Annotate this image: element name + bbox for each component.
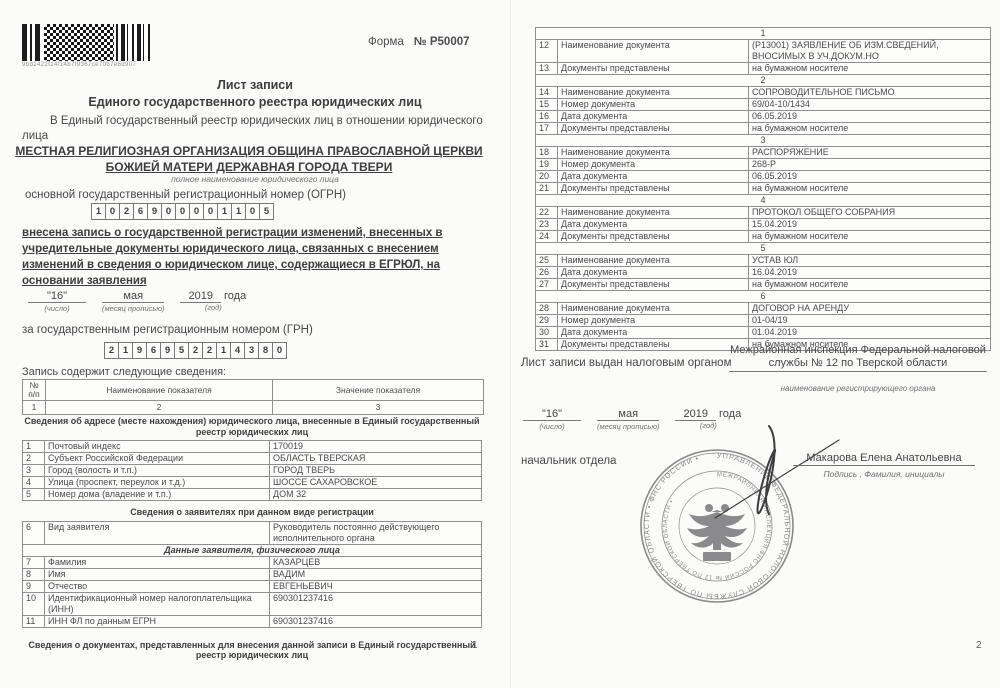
cell-value: 06.05.2019 (749, 111, 990, 122)
date-year-label: (год) (180, 302, 246, 312)
col-number-1: 1 (23, 401, 46, 414)
cell-label: Дата документа (558, 171, 749, 182)
cell-label: Номер дома (владение и т.п.) (45, 489, 270, 500)
cell-label: Субъект Российской Федерации (45, 453, 270, 464)
table-row: 20Дата документа06.05.2019 (536, 170, 990, 182)
table-row: 22Наименование документаПРОТОКОЛ ОБЩЕГО … (536, 206, 990, 218)
cell-value: СОПРОВОДИТЕЛЬНОЕ ПИСЬМО (749, 87, 990, 98)
signature-caption: Подпись , Фамилия, инициалы (793, 469, 975, 479)
date-day: "16" (число) (28, 290, 86, 313)
ogrn-digit-boxes: 1026900001105 (92, 203, 274, 220)
date-year: 2019 года (год) (180, 290, 246, 313)
digit-box: 0 (272, 342, 287, 359)
table-row: 12Наименование документа(Р13001) ЗАЯВЛЕН… (536, 39, 990, 62)
cell-num: 21 (536, 183, 558, 194)
cell-value: 690301237416 (270, 616, 481, 627)
record-contains-label: Запись содержит следующие сведения: (22, 366, 226, 378)
header-row: № п/п Наименование показателя Значение п… (23, 380, 483, 400)
barcode-caption: 9bd1422f14f14b7f9367ce70b7e6d907 (22, 62, 136, 68)
digit-box: 2 (104, 342, 119, 359)
cell-num: 16 (536, 111, 558, 122)
date-month-label: (месяц прописью) (597, 421, 659, 431)
cell-label: Отчество (45, 581, 270, 592)
cell-value: на бумажном носителе (749, 231, 990, 242)
digit-box: 4 (230, 342, 245, 359)
cell-label: Улица (проспект, переулок и т.д.) (45, 477, 270, 488)
cell-label: Дата документа (558, 111, 749, 122)
organization-name: МЕСТНАЯ РЕЛИГИОЗНАЯ ОРГАНИЗАЦИЯ ОБЩИНА П… (10, 143, 488, 175)
digit-box: 9 (160, 342, 175, 359)
statement-line: учредительные документы юридического лиц… (22, 243, 439, 255)
signature-icon (707, 418, 847, 548)
table-row: 30Дата документа01.04.2019 (536, 326, 990, 338)
cell-value: КАЗАРЦЕВ (270, 557, 481, 568)
cell-label: Наименование документа (558, 207, 749, 218)
table-row: 5Номер дома (владение и т.п.)ДОМ 32 (23, 488, 481, 500)
cell-label: Документы представлены (558, 63, 749, 74)
cell-num: 18 (536, 147, 558, 158)
table-row: 24Документы представленына бумажном носи… (536, 230, 990, 242)
intro-paragraph: В Единый государственный реестр юридичес… (22, 114, 487, 144)
date-year-value: 2019 (180, 290, 220, 303)
cell-value: Руководитель постоянно действующего испо… (270, 522, 481, 544)
document-page-2: 112Наименование документа(Р13001) ЗАЯВЛЕ… (510, 0, 1000, 688)
date-month: мая (месяц прописью) (102, 290, 164, 313)
statement-line: изменений в сведения о юридическом лице,… (22, 259, 440, 271)
document-group-number: 4 (536, 194, 990, 206)
address-title-line-1: Сведения об адресе (месте нахождения) юр… (24, 416, 479, 426)
table-row: 15Номер документа69/04-10/1434 (536, 98, 990, 110)
column-number-row: 1 2 3 (23, 400, 483, 414)
table-row: 13Документы представленына бумажном носи… (536, 62, 990, 74)
cell-value: 16.04.2019 (749, 267, 990, 278)
digit-box: 2 (119, 203, 134, 220)
official-name: Макарова Елена Анатольевна (793, 452, 975, 466)
address-table: 1Почтовый индекс1700192Субъект Российско… (22, 440, 482, 501)
cell-value: ГОРОД ТВЕРЬ (270, 465, 481, 476)
cell-label: Документы представлены (558, 183, 749, 194)
document-group-number: 5 (536, 242, 990, 254)
digit-box: 0 (245, 203, 260, 220)
date-day-value: "16" (28, 290, 86, 303)
cell-value: ДОМ 32 (270, 489, 481, 500)
cell-num: 22 (536, 207, 558, 218)
cell-value: (Р13001) ЗАЯВЛЕНИЕ ОБ ИЗМ.СВЕДЕНИЙ, ВНОС… (749, 40, 990, 62)
document-title: Лист записи Единого государственного рее… (0, 77, 510, 111)
table-row: 18Наименование документаРАСПОРЯЖЕНИЕ (536, 146, 990, 158)
date-month-value: мая (597, 408, 659, 421)
date-month: мая (месяц прописью) (597, 408, 659, 431)
date-day-value: "16" (523, 408, 581, 421)
table-row: 6Вид заявителяРуководитель постоянно дей… (23, 522, 481, 544)
cell-value: 690301237416 (270, 593, 481, 615)
record-statement: внесена запись о государственной регистр… (22, 225, 484, 289)
documents-section-title: Сведения о документах, представленных дл… (22, 640, 482, 661)
digit-box: 2 (202, 342, 217, 359)
cell-value: на бумажном носителе (749, 183, 990, 194)
cell-label: Наименование документа (558, 303, 749, 314)
official-title: начальник отдела (521, 455, 616, 467)
barcode-datamatrix (44, 24, 114, 61)
cell-num: 4 (23, 477, 45, 488)
cell-value: 268-Р (749, 159, 990, 170)
date-month-value: мая (102, 290, 164, 303)
statement-line: внесена запись о государственной регистр… (22, 227, 442, 239)
table-row: 3Город (волость и т.п.)ГОРОД ТВЕРЬ (23, 464, 481, 476)
issued-by-label: Лист записи выдан налоговым органом (521, 357, 756, 369)
indicators-header-table: № п/п Наименование показателя Значение п… (22, 379, 484, 415)
table-row: 23Дата документа15.04.2019 (536, 218, 990, 230)
documents-title-line-2: реестр юридических лиц (196, 650, 308, 660)
cell-num: 12 (536, 40, 558, 62)
cell-value: 06.05.2019 (749, 171, 990, 182)
cell-value: 01.04.2019 (749, 327, 990, 338)
table-row: 26Дата документа16.04.2019 (536, 266, 990, 278)
cell-num: 1 (23, 441, 45, 452)
digit-box: 0 (105, 203, 120, 220)
applicants-table: 6Вид заявителяРуководитель постоянно дей… (22, 521, 482, 628)
cell-label: Имя (45, 569, 270, 580)
cell-label: Дата документа (558, 219, 749, 230)
document-group-number: 1 (536, 28, 990, 39)
table-row: 14Наименование документаСОПРОВОДИТЕЛЬНОЕ… (536, 86, 990, 98)
cell-value: ДОГОВОР НА АРЕНДУ (749, 303, 990, 314)
page-number: 2 (976, 640, 982, 651)
cell-value: на бумажном носителе (749, 123, 990, 134)
registering-authority-name: Межрайонная инспекция Федеральной налого… (729, 344, 987, 372)
form-number-value: № Р50007 (414, 36, 470, 48)
cell-num: 8 (23, 569, 45, 580)
cell-value: УСТАВ ЮЛ (749, 255, 990, 266)
cell-num: 31 (536, 339, 558, 350)
organization-name-caption: полное наименование юридического лица (0, 174, 510, 184)
digit-box: 6 (146, 342, 161, 359)
table-row: 25Наименование документаУСТАВ ЮЛ (536, 254, 990, 266)
barcode-bars-right (116, 24, 150, 61)
digit-box: 6 (133, 203, 148, 220)
address-section-title: Сведения об адресе (месте нахождения) юр… (22, 416, 482, 437)
form-number: Форма№ Р50007 (368, 36, 470, 48)
cell-num: 13 (536, 63, 558, 74)
grn-label: за государственным регистрационным номер… (22, 324, 313, 336)
table-row: 7ФамилияКАЗАРЦЕВ (23, 556, 481, 568)
cell-value: ПРОТОКОЛ ОБЩЕГО СОБРАНИЯ (749, 207, 990, 218)
registering-authority-caption: наименование регистрирующего органа (729, 384, 987, 393)
digit-box: 0 (161, 203, 176, 220)
table-row: 10Идентификационный номер налогоплательщ… (23, 592, 481, 615)
cell-value: РАСПОРЯЖЕНИЕ (749, 147, 990, 158)
cell-num: 27 (536, 279, 558, 290)
digit-box: 5 (259, 203, 274, 220)
cell-num: 11 (23, 616, 45, 627)
table-row: 9ОтчествоЕВГЕНЬЕВИЧ (23, 580, 481, 592)
digit-box: 3 (244, 342, 259, 359)
header-col-value: Значение показателя (273, 380, 483, 400)
header-num-bottom: п/п (28, 390, 40, 399)
document-group-number: 2 (536, 74, 990, 86)
table-row: 29Номер документа01-04/19 (536, 314, 990, 326)
date-day-label: (число) (28, 303, 86, 313)
record-date: "16" (число) мая (месяц прописью) 2019 г… (28, 290, 262, 313)
intro-line-2: лица (22, 130, 48, 142)
digit-box: 9 (147, 203, 162, 220)
cell-num: 6 (23, 522, 45, 544)
cell-num: 2 (23, 453, 45, 464)
form-label: Форма (368, 36, 404, 48)
cell-label: Наименование документа (558, 40, 749, 62)
table-row: 2Субъект Российской ФедерацииОБЛАСТЬ ТВЕ… (23, 452, 481, 464)
cell-num: 25 (536, 255, 558, 266)
document-group-number: 6 (536, 290, 990, 302)
cell-num: 29 (536, 315, 558, 326)
cell-value: ОБЛАСТЬ ТВЕРСКАЯ (270, 453, 481, 464)
cell-label: Идентификационный номер налогоплательщик… (45, 593, 270, 615)
date-day: "16" (число) (523, 408, 581, 431)
cell-num: 24 (536, 231, 558, 242)
cell-label: ИНН ФЛ по данным ЕГРН (45, 616, 270, 627)
col-number-3: 3 (273, 401, 483, 414)
cell-num: 23 (536, 219, 558, 230)
cell-label: Город (волость и т.п.) (45, 465, 270, 476)
cell-num: 9 (23, 581, 45, 592)
table-row: 27Документы представленына бумажном носи… (536, 278, 990, 290)
cell-label: Документы представлены (558, 123, 749, 134)
ogrn-label: основной государственный регистрационный… (25, 189, 346, 201)
digit-box: 1 (216, 342, 231, 359)
cell-value: на бумажном носителе (749, 63, 990, 74)
date-day-label: (число) (523, 421, 581, 431)
cell-num: 7 (23, 557, 45, 568)
header-col-num: № п/п (23, 380, 46, 400)
cell-label: Номер документа (558, 159, 749, 170)
cell-label: Дата документа (558, 267, 749, 278)
cell-value: 01-04/19 (749, 315, 990, 326)
digit-box: 1 (118, 342, 133, 359)
date-month-label: (месяц прописью) (102, 303, 164, 313)
intro-line-1: В Единый государственный реестр юридичес… (50, 115, 483, 127)
date-year-suffix: года (224, 290, 246, 302)
cell-label: Номер документа (558, 99, 749, 110)
cell-label: Наименование документа (558, 147, 749, 158)
cell-value: ЕВГЕНЬЕВИЧ (270, 581, 481, 592)
cell-label: Документы представлены (558, 231, 749, 242)
cell-num: 20 (536, 171, 558, 182)
cell-num: 14 (536, 87, 558, 98)
cell-num: 30 (536, 327, 558, 338)
document-page-1: 9bd1422f14f14b7f9367ce70b7e6d907 Форма№ … (0, 0, 510, 688)
address-title-line-2: реестр юридических лиц (196, 427, 308, 437)
digit-box: 8 (258, 342, 273, 359)
cell-label: Почтовый индекс (45, 441, 270, 452)
digit-box: 9 (132, 342, 147, 359)
submitted-documents-table: 112Наименование документа(Р13001) ЗАЯВЛЕ… (535, 27, 991, 351)
table-row: 1Почтовый индекс170019 (23, 441, 481, 452)
barcode-bars-left (22, 24, 42, 61)
cell-value: на бумажном носителе (749, 279, 990, 290)
cell-label: Документы представлены (558, 279, 749, 290)
cell-num: 5 (23, 489, 45, 500)
cell-num: 17 (536, 123, 558, 134)
table-row: 11ИНН ФЛ по данным ЕГРН690301237416 (23, 615, 481, 627)
cell-label: Документы представлены (558, 339, 749, 350)
digit-box: 5 (174, 342, 189, 359)
digit-box: 2 (188, 342, 203, 359)
cell-label: Наименование документа (558, 87, 749, 98)
table-row: 16Дата документа06.05.2019 (536, 110, 990, 122)
page-number: 1 (472, 640, 478, 651)
table-row: 21Документы представленына бумажном носи… (536, 182, 990, 194)
cell-num: 28 (536, 303, 558, 314)
table-subheader: Данные заявителя, физического лица (23, 544, 481, 556)
header-col-label: Наименование показателя (46, 380, 273, 400)
cell-value: ШОССЕ САХАРОВСКОЕ (270, 477, 481, 488)
title-line-1: Лист записи (0, 77, 510, 94)
document-group-number: 3 (536, 134, 990, 146)
cell-value: 69/04-10/1434 (749, 99, 990, 110)
cell-num: 26 (536, 267, 558, 278)
cell-num: 19 (536, 159, 558, 170)
statement-line: основании заявления (22, 275, 147, 287)
cell-value: 15.04.2019 (749, 219, 990, 230)
title-line-2: Единого государственного реестра юридиче… (0, 94, 510, 111)
digit-box: 0 (175, 203, 190, 220)
cell-label: Вид заявителя (45, 522, 270, 544)
cell-label: Дата документа (558, 327, 749, 338)
documents-title-line-1: Сведения о документах, представленных дл… (28, 640, 475, 650)
table-row: 19Номер документа268-Р (536, 158, 990, 170)
cell-label: Наименование документа (558, 255, 749, 266)
digit-box: 0 (189, 203, 204, 220)
col-number-2: 2 (46, 401, 273, 414)
digit-box: 1 (91, 203, 106, 220)
digit-box: 1 (231, 203, 246, 220)
table-row: 17Документы представленына бумажном носи… (536, 122, 990, 134)
cell-label: Фамилия (45, 557, 270, 568)
cell-num: 15 (536, 99, 558, 110)
cell-value: ВАДИМ (270, 569, 481, 580)
table-row: 28Наименование документаДОГОВОР НА АРЕНД… (536, 302, 990, 314)
table-row: 4Улица (проспект, переулок и т.д.)ШОССЕ … (23, 476, 481, 488)
digit-box: 0 (203, 203, 218, 220)
cell-label: Номер документа (558, 315, 749, 326)
cell-value: 170019 (270, 441, 481, 452)
applicants-section-title: Сведения о заявителях при данном виде ре… (22, 507, 482, 518)
cell-num: 10 (23, 593, 45, 615)
grn-digit-boxes: 2196952214380 (105, 342, 287, 359)
digit-box: 1 (217, 203, 232, 220)
page1-lower-section: Сведения об адресе (месте нахождения) юр… (22, 416, 482, 664)
table-row: 8ИмяВАДИМ (23, 568, 481, 580)
cell-num: 3 (23, 465, 45, 476)
barcode-icon (22, 24, 152, 61)
